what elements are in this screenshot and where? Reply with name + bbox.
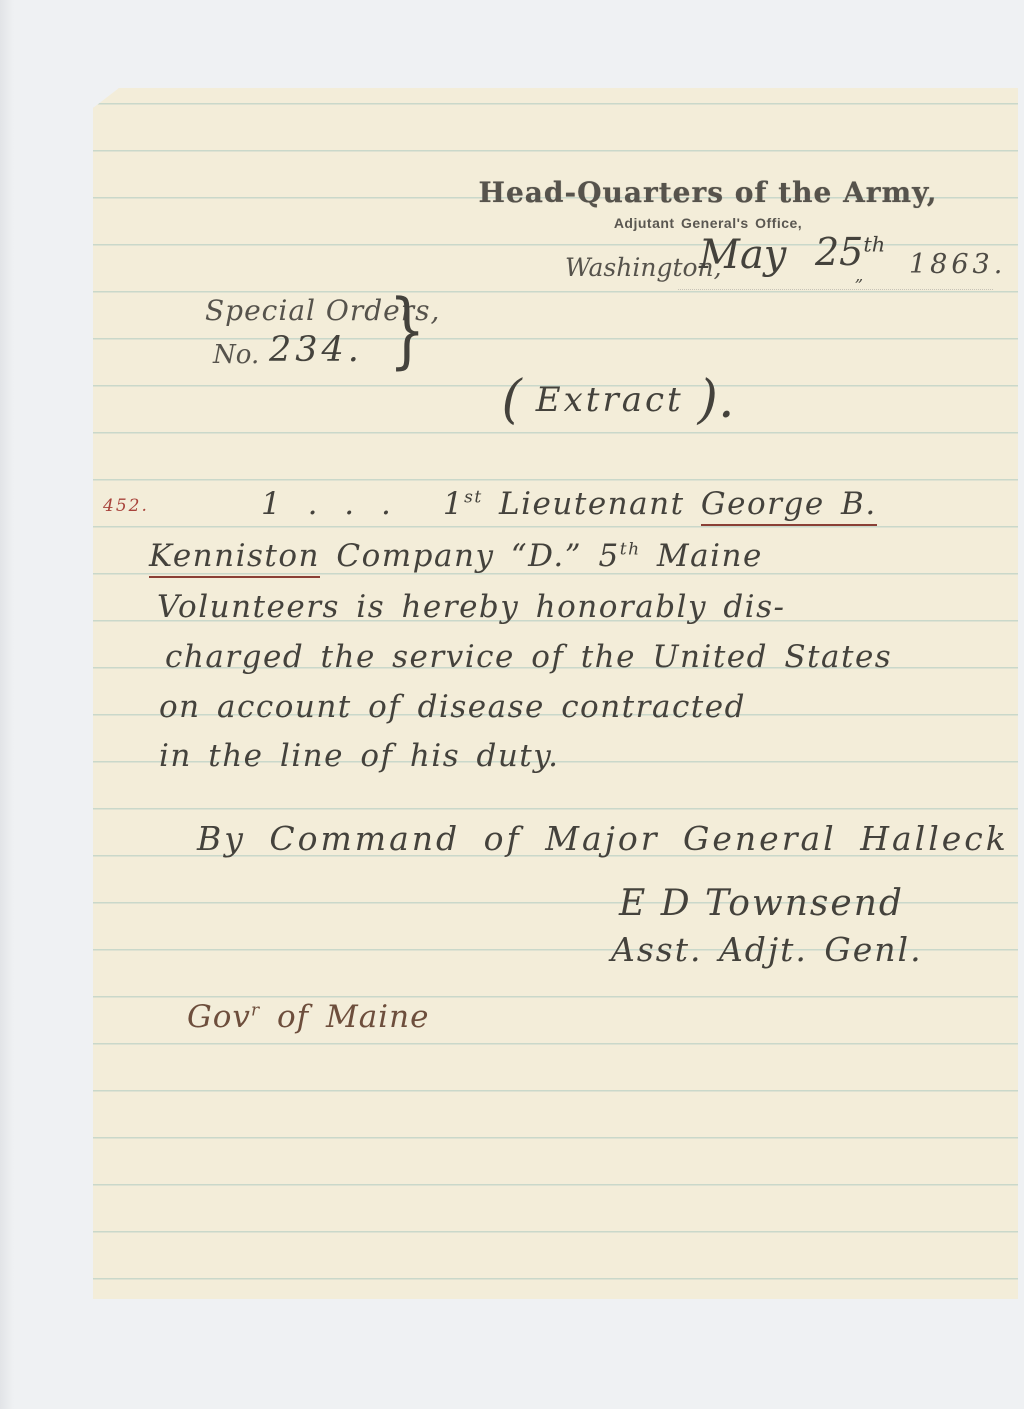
body-line-4: charged the service of the United States bbox=[165, 639, 892, 675]
ditto-mark: „ bbox=[855, 266, 863, 285]
signature: E D Townsend bbox=[619, 883, 904, 924]
rank: 1st Lieutenant bbox=[443, 486, 685, 522]
regiment-digit: 5 bbox=[598, 538, 619, 574]
letterhead-title: Head-Quarters of the Army, bbox=[473, 176, 943, 209]
signature-title: Asst. Adjt. Genl. bbox=[611, 930, 923, 969]
footer-addressee-note: Govr of Maine bbox=[187, 999, 429, 1035]
extract-close-paren: ). bbox=[698, 370, 735, 430]
scan-background: { "colors": { "bg": "#eff1f3", "paper": … bbox=[0, 0, 1024, 1409]
company-text: Company “D.” bbox=[336, 538, 582, 574]
body-line-2: Kenniston Company “D.” 5th Maine bbox=[149, 538, 763, 574]
regiment-state: Maine bbox=[657, 538, 763, 574]
order-no-label: No. bbox=[213, 340, 259, 370]
body-line-5: on account of disease contracted bbox=[159, 689, 746, 725]
rank-digit: 1 bbox=[443, 486, 464, 522]
extract-word: Extract bbox=[536, 380, 684, 420]
body-line-1: 1 . . .1st Lieutenant George B. bbox=[261, 486, 877, 522]
gov-of-maine: of Maine bbox=[277, 999, 429, 1035]
document-page: Head-Quarters of the Army, Adjutant Gene… bbox=[93, 88, 1018, 1299]
extract-heading: (Extract). bbox=[448, 370, 788, 430]
dateline-blank-rule bbox=[678, 289, 993, 290]
dateline-day-suffix: th bbox=[863, 232, 885, 256]
regiment-suffix: th bbox=[620, 540, 641, 560]
name-surname: Kenniston bbox=[149, 538, 320, 578]
gov-abbrev: Gov bbox=[187, 999, 251, 1035]
name-first-part: George B. bbox=[701, 486, 877, 526]
body-line-6: in the line of his duty. bbox=[159, 738, 560, 774]
gov-superscript: r bbox=[251, 1001, 260, 1021]
by-command-line: By Command of Major General Halleck bbox=[197, 819, 1009, 858]
extract-open-paren: ( bbox=[501, 370, 521, 430]
dateline-month: May bbox=[699, 232, 786, 278]
body-line-3: Volunteers is hereby honorably dis- bbox=[157, 589, 785, 625]
order-brace: } bbox=[389, 284, 426, 378]
order-number: 234. bbox=[269, 330, 363, 370]
dateline-year: 1863. bbox=[909, 249, 1006, 280]
rank-word: Lieutenant bbox=[499, 486, 685, 522]
letterhead-subtitle: Adjutant General's Office, bbox=[553, 215, 863, 231]
paragraph-number: 1 . . . bbox=[261, 486, 397, 522]
rank-suffix: st bbox=[464, 488, 483, 508]
regiment: 5th Maine bbox=[598, 538, 762, 574]
margin-register-number: 452. bbox=[103, 496, 149, 516]
dateline-day: 25th„ bbox=[815, 230, 885, 274]
